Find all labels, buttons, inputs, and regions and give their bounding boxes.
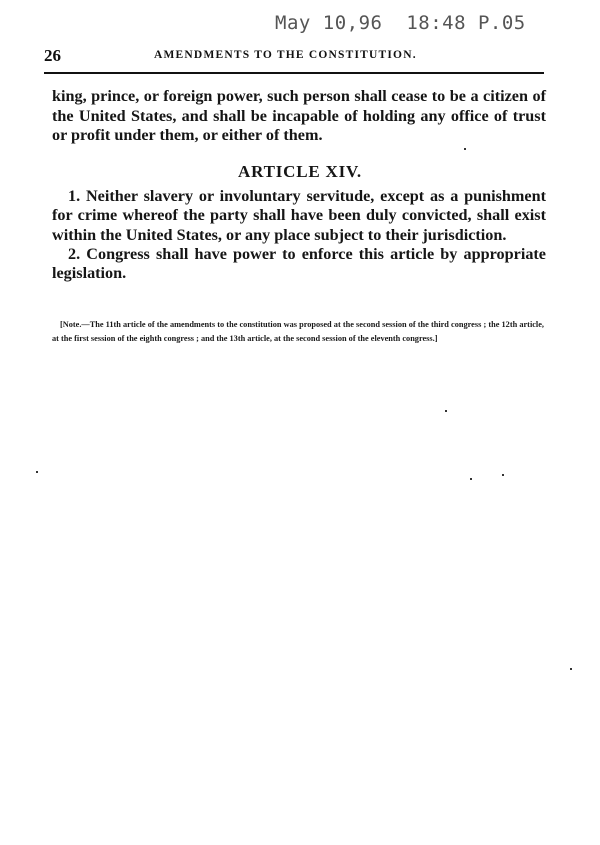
scan-speck — [36, 471, 38, 473]
running-head: 26 AMENDMENTS TO THE CONSTITUTION. — [44, 46, 544, 66]
section-1: 1. Neither slavery or involuntary servit… — [52, 187, 546, 245]
editorial-note: [Note.—The 11th article of the amendment… — [52, 318, 544, 345]
fax-transmission-header: May 10,96 18:48 P.05 — [275, 12, 526, 34]
header-rule — [44, 72, 544, 74]
continuation-text: king, prince, or foreign power, such per… — [52, 87, 546, 146]
continuation-paragraph: king, prince, or foreign power, such per… — [52, 87, 546, 146]
page-number: 26 — [44, 46, 61, 66]
article-heading: ARTICLE XIV. — [0, 162, 600, 182]
section-2: 2. Congress shall have power to enforce … — [52, 245, 546, 284]
scan-speck — [445, 410, 447, 412]
article-sections: 1. Neither slavery or involuntary servit… — [52, 187, 546, 283]
scan-speck — [464, 148, 466, 150]
running-title: AMENDMENTS TO THE CONSTITUTION. — [154, 49, 417, 61]
scan-speck — [470, 478, 472, 480]
scan-speck — [570, 668, 572, 670]
scan-speck — [502, 474, 504, 476]
